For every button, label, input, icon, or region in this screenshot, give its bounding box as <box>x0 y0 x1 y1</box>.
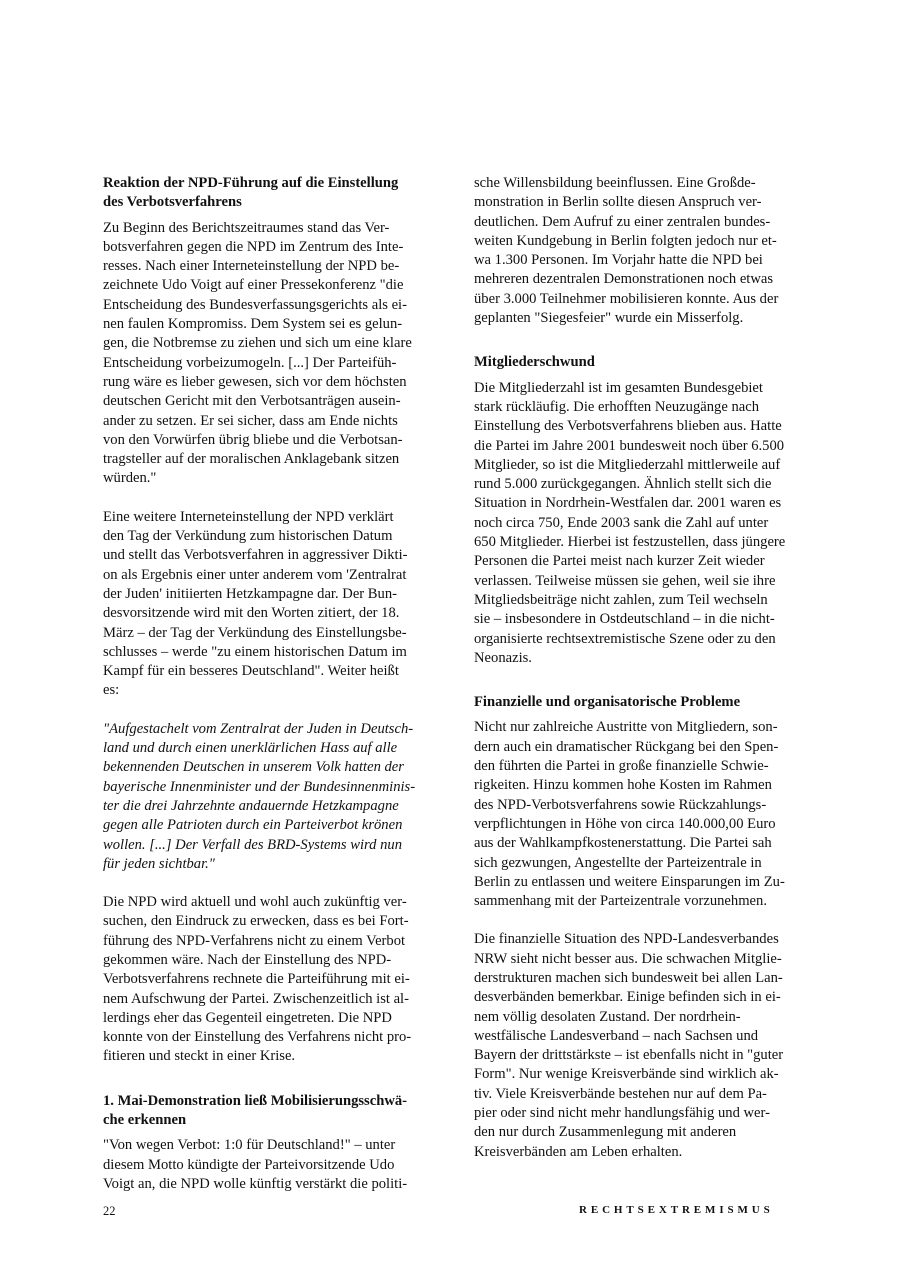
text-line: über 3.000 Teilnehmer mobilisieren konnt… <box>474 290 804 309</box>
left-column: Reaktion der NPD-Führung auf die Einstel… <box>103 174 433 1194</box>
paragraph: Die finanzielle Situation des NPD-Landes… <box>474 930 804 1162</box>
text-line: bekennenden Deutschen in unserem Volk ha… <box>103 758 433 777</box>
text-line: organisierte rechtsextremistische Szene … <box>474 630 804 649</box>
paragraph: Die NPD wird aktuell und wohl auch zukün… <box>103 893 433 1067</box>
text-line: es: <box>103 681 433 700</box>
text-line: monstration in Berlin sollte diesen Ansp… <box>474 193 804 212</box>
text-line: "Von wegen Verbot: 1:0 für Deutschland!"… <box>103 1136 433 1155</box>
text-line: Voigt an, die NPD wolle künftig verstärk… <box>103 1175 433 1194</box>
text-line: sammenhang mit der Parteizentrale vorzun… <box>474 892 804 911</box>
text-line: Die NPD wird aktuell und wohl auch zukün… <box>103 893 433 912</box>
text-line: zeichnete Udo Voigt auf einer Pressekonf… <box>103 276 433 295</box>
text-line: 650 Mitglieder. Hierbei ist festzustelle… <box>474 533 804 552</box>
text-line: nem Aufschwung der Partei. Zwischenzeitl… <box>103 990 433 1009</box>
text-line: on als Ergebnis einer unter anderem vom … <box>103 566 433 585</box>
paragraph: Zu Beginn des Berichtszeitraumes stand d… <box>103 219 433 489</box>
text-line: resses. Nach einer Interneteinstellung d… <box>103 257 433 276</box>
text-line: stark rückläufig. Die erhofften Neuzugän… <box>474 398 804 417</box>
text-line: und stellt das Verbotsverfahren in aggre… <box>103 546 433 565</box>
text-line: dern auch ein dramatischer Rückgang bei … <box>474 738 804 757</box>
page-number: 22 <box>103 1204 116 1219</box>
text-line: mehreren dezentralen Demonstrationen noc… <box>474 270 804 289</box>
text-line: noch circa 750, Ende 2003 sank die Zahl … <box>474 514 804 533</box>
running-title: RECHTSEXTREMISMUS <box>579 1204 774 1216</box>
text-line: tiv. Viele Kreisverbände bestehen nur au… <box>474 1085 804 1104</box>
text-line: weiten Kundgebung in Berlin folgten jedo… <box>474 232 804 251</box>
text-line: würden." <box>103 469 433 488</box>
text-line: den nur durch Zusammenlegung mit anderen <box>474 1123 804 1142</box>
text-line: deutschen Gericht mit den Verbotsanträge… <box>103 392 433 411</box>
text-line: geplanten "Siegesfeier" wurde ein Misser… <box>474 309 804 328</box>
text-line: pier oder sind nicht mehr handlungsfähig… <box>474 1104 804 1123</box>
text-line: der Juden' initiierten Hetzkampagne dar.… <box>103 585 433 604</box>
text-line: nem völlig desolaten Zustand. Der nordrh… <box>474 1008 804 1027</box>
text-line: den Tag der Verkündung zum historischen … <box>103 527 433 546</box>
section-heading-mai-demonstration: 1. Mai-Demonstration ließ Mobilisierungs… <box>103 1092 433 1131</box>
text-line: nen faulen Kompromiss. Dem System sei es… <box>103 315 433 334</box>
text-line: Kreisverbänden am Leben erhalten. <box>474 1143 804 1162</box>
paragraph: Nicht nur zahlreiche Austritte von Mitgl… <box>474 718 804 911</box>
text-line: tragsteller auf der moralischen Anklageb… <box>103 450 433 469</box>
text-line: aus der Wahlkampfkostenerstattung. Die P… <box>474 834 804 853</box>
text-line: NRW sieht nicht besser aus. Die schwache… <box>474 950 804 969</box>
text-line: führung des NPD-Verfahrens nicht zu eine… <box>103 932 433 951</box>
text-line: ander zu setzen. Er sei sicher, dass am … <box>103 412 433 431</box>
text-line: Eine weitere Interneteinstellung der NPD… <box>103 508 433 527</box>
text-line: für jeden sichtbar." <box>103 855 433 874</box>
text-line: Form". Nur wenige Kreisverbände sind wir… <box>474 1065 804 1084</box>
text-line: westfälische Landesverband – nach Sachse… <box>474 1027 804 1046</box>
text-line: lerdings eher das Gegenteil eingetreten.… <box>103 1009 433 1028</box>
text-line: Entscheidung des Bundesverfassungsgerich… <box>103 296 433 315</box>
paragraph-continuation: sche Willensbildung beeinflussen. Eine G… <box>474 174 804 328</box>
text-line: Kampf für ein besseres Deutschland". Wei… <box>103 662 433 681</box>
text-line: che erkennen <box>103 1111 433 1130</box>
text-line: botsverfahren gegen die NPD im Zentrum d… <box>103 238 433 257</box>
text-line: 1. Mai-Demonstration ließ Mobilisierungs… <box>103 1092 433 1111</box>
text-line: die Partei im Jahre 2001 bundesweit noch… <box>474 437 804 456</box>
text-line: fitieren und steckt in einer Krise. <box>103 1047 433 1066</box>
text-line: von den Vorwürfen übrig bliebe und die V… <box>103 431 433 450</box>
text-line: verpflichtungen in Höhe von circa 140.00… <box>474 815 804 834</box>
text-line: Neonazis. <box>474 649 804 668</box>
text-line: desverbänden bemerkbar. Einige befinden … <box>474 988 804 1007</box>
text-line: diesem Motto kündigte der Parteivorsitze… <box>103 1156 433 1175</box>
section-heading-reaktion: Reaktion der NPD-Führung auf die Einstel… <box>103 174 433 213</box>
text-line: Reaktion der NPD-Führung auf die Einstel… <box>103 174 433 193</box>
text-line: rung wäre es lieber gewesen, sich vor de… <box>103 373 433 392</box>
text-line: Mitglieder, so ist die Mitgliederzahl mi… <box>474 456 804 475</box>
text-line: gen, die Notbremse zu ziehen und sich um… <box>103 334 433 353</box>
text-line: Mitgliedsbeiträge nicht zahlen, zum Teil… <box>474 591 804 610</box>
text-line: Mitgliederschwund <box>474 353 804 372</box>
text-line: rigkeiten. Hinzu kommen hohe Kosten im R… <box>474 776 804 795</box>
text-line: des NPD-Verbotsverfahrens sowie Rückzahl… <box>474 796 804 815</box>
block-quote: "Aufgestachelt vom Zentralrat der Juden … <box>103 720 433 874</box>
text-line: März – der Tag der Verkündung des Einste… <box>103 624 433 643</box>
right-column: sche Willensbildung beeinflussen. Eine G… <box>474 174 804 1162</box>
text-line: des Verbotsverfahrens <box>103 193 433 212</box>
text-line: Berlin zu entlassen und weitere Einsparu… <box>474 873 804 892</box>
text-line: Bayern der drittstärkste – ist ebenfalls… <box>474 1046 804 1065</box>
text-line: Zu Beginn des Berichtszeitraumes stand d… <box>103 219 433 238</box>
text-line: sche Willensbildung beeinflussen. Eine G… <box>474 174 804 193</box>
text-line: Finanzielle und organisatorische Problem… <box>474 693 804 712</box>
text-line: Personen die Partei meist nach kurzer Ze… <box>474 552 804 571</box>
paragraph: "Von wegen Verbot: 1:0 für Deutschland!"… <box>103 1136 433 1194</box>
text-line: ter die drei Jahrzehnte andauernde Hetzk… <box>103 797 433 816</box>
section-heading-mitgliederschwund: Mitgliederschwund <box>474 353 804 372</box>
text-line: den führten die Partei in große finanzie… <box>474 757 804 776</box>
section-heading-finanzielle-probleme: Finanzielle und organisatorische Problem… <box>474 693 804 712</box>
text-line: derstrukturen machen sich bundesweit bei… <box>474 969 804 988</box>
text-line: schlusses – werde "zu einem historischen… <box>103 643 433 662</box>
text-line: Verbotsverfahrens rechnete die Parteifüh… <box>103 970 433 989</box>
text-line: desvorsitzende wird mit den Worten zitie… <box>103 604 433 623</box>
text-line: Nicht nur zahlreiche Austritte von Mitgl… <box>474 718 804 737</box>
text-line: sie – insbesondere in Ostdeutschland – i… <box>474 610 804 629</box>
text-line: Entscheidung vorbeizumogeln. [...] Der P… <box>103 354 433 373</box>
text-line: wa 1.300 Personen. Im Vorjahr hatte die … <box>474 251 804 270</box>
text-line: konnte von der Einstellung des Verfahren… <box>103 1028 433 1047</box>
text-line: gegen alle Patrioten durch ein Parteiver… <box>103 816 433 835</box>
text-line: deutlichen. Dem Aufruf zu einer zentrale… <box>474 213 804 232</box>
text-line: "Aufgestachelt vom Zentralrat der Juden … <box>103 720 433 739</box>
text-line: rund 5.000 zurückgegangen. Ähnlich stell… <box>474 475 804 494</box>
text-line: verlassen. Teilweise müssen sie gehen, w… <box>474 572 804 591</box>
text-line: suchen, den Eindruck zu erwecken, dass e… <box>103 912 433 931</box>
text-line: Die Mitgliederzahl ist im gesamten Bunde… <box>474 379 804 398</box>
paragraph: Die Mitgliederzahl ist im gesamten Bunde… <box>474 379 804 668</box>
text-line: land und durch einen unerklärlichen Hass… <box>103 739 433 758</box>
text-line: wollen. [...] Der Verfall des BRD-System… <box>103 836 433 855</box>
text-line: bayerische Innenminister und der Bundesi… <box>103 778 433 797</box>
text-line: Situation in Nordrhein-Westfalen dar. 20… <box>474 494 804 513</box>
text-line: Einstellung des Verbotsverfahrens bliebe… <box>474 417 804 436</box>
text-line: gekommen wäre. Nach der Einstellung des … <box>103 951 433 970</box>
paragraph: Eine weitere Interneteinstellung der NPD… <box>103 508 433 701</box>
text-line: Die finanzielle Situation des NPD-Landes… <box>474 930 804 949</box>
text-line: sich gezwungen, Angestellte der Parteize… <box>474 854 804 873</box>
